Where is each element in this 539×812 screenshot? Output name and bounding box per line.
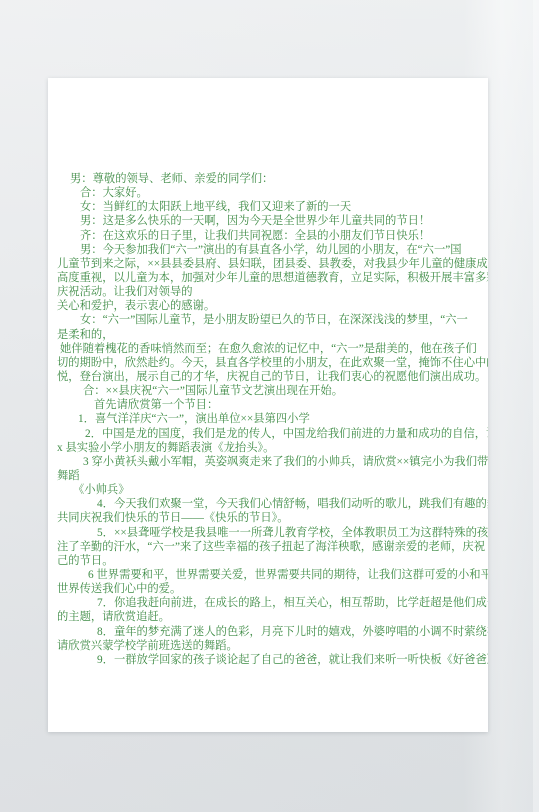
page-background: 男：尊敬的领导、老师、亲爱的同学们：合：大家好。女：当鲜红的太阳跃上地平线，我们…	[0, 0, 539, 812]
text-line: 7．你追我赶向前进，在成长的路上，相互关心，相互帮助，比学赶超是他们成长路	[57, 596, 488, 610]
text-line: 男：这是多么快乐的一天啊，因为今天是全世界少年儿童共同的节日！	[57, 214, 488, 228]
text-line: 的主题，请欣赏追赶。	[57, 610, 488, 624]
text-line: 2．中国是龙的国度，我们是龙的传人，中国龙给我们前进的力量和成功的自信，请欣	[57, 427, 488, 441]
text-line: 9．一群放学回家的孩子谈论起了自己的爸爸，就让我们来听一听快板《好爸爸》表	[57, 653, 488, 667]
text-line: 齐：在这欢乐的日子里，让我们共同祝愿：全县的小朋友们节日快乐！	[57, 229, 488, 243]
text-line: 女：“六一”国际儿童节，是小朋友盼望已久的节日，在深深浅浅的梦里，“六一	[57, 313, 488, 327]
text-line: 3 穿小黄袄头戴小军帽，英姿飒爽走来了我们的小帅兵，请欣赏××镇完小为我们带来	[57, 455, 488, 469]
text-line: 《小帅兵》	[57, 483, 488, 497]
text-line: 8．童年的梦充满了迷人的色彩，月亮下儿时的嬉戏，外婆哼唱的小调不时萦绕在耳	[57, 625, 488, 639]
text-line: 男：尊敬的领导、老师、亲爱的同学们：	[57, 172, 488, 186]
text-line: x 县实验小学小朋友的舞蹈表演《龙抬头》。	[57, 441, 488, 455]
text-line: 5．××县聋哑学校是我县唯一一所聋儿教育学校，全体教职员工为这群特殊的孩子	[57, 526, 488, 540]
text-line: 切的期盼中，欣然赴约。今天，县直各学校里的小朋友，在此欢聚一堂，掩饰不住心中的	[57, 356, 488, 370]
text-line: 共同庆祝我们快乐的节日——《快乐的节日》。	[57, 511, 488, 525]
text-line: 4．今天我们欢聚一堂，今天我们心情舒畅，唱我们动听的歌儿，跳我们有趣的舞蹈	[57, 497, 488, 511]
text-line: 女：当鲜红的太阳跃上地平线，我们又迎来了新的一天	[57, 200, 488, 214]
document-page: 男：尊敬的领导、老师、亲爱的同学们：合：大家好。女：当鲜红的太阳跃上地平线，我们…	[48, 78, 488, 732]
text-line: 请欣赏兴蒙学校学前班选送的舞蹈。	[57, 639, 488, 653]
right-edge-highlight	[533, 0, 539, 812]
document-body: 男：尊敬的领导、老师、亲爱的同学们：合：大家好。女：当鲜红的太阳跃上地平线，我们…	[57, 172, 488, 667]
text-line: 关心和爱护，表示衷心的感谢。	[57, 299, 488, 313]
text-line: 首先请欣赏第一个节目：	[57, 398, 488, 412]
text-line: 是柔和的，	[57, 328, 488, 342]
text-line: 悦，登台演出，展示自己的才华，庆祝自己的节日，让我们衷心的祝愿他们演出成功。	[57, 370, 488, 384]
text-line: 6 世界需要和平，世界需要关爱，世界需要共同的期待，让我们这群可爱的小和平鸽	[57, 568, 488, 582]
text-line: 世界传送我们心中的爱。	[57, 582, 488, 596]
text-line: 合：××县庆祝“六一”国际儿童节文艺演出现在开始。	[57, 384, 488, 398]
text-line: 己的节日。	[57, 554, 488, 568]
text-line: 舞蹈	[57, 469, 488, 483]
text-line: 合：大家好。	[57, 186, 488, 200]
text-line: 高度重视，以儿童为本，加强对少年儿童的思想道德教育，立足实际，积极开展丰富多彩	[57, 271, 488, 285]
text-line: 1．喜气洋洋庆“六一”，演出单位××县第四小学	[57, 412, 488, 426]
text-line: 庆祝活动。让我们对领导的	[57, 285, 488, 299]
text-line: 她伴随着槐花的香味悄然而至；在愈久愈浓的记忆中，“六一”是甜美的，他在孩子们	[57, 342, 488, 356]
text-line: 男：今天参加我们“六一”演出的有县直各小学，幼儿园的小朋友，在“六一”国	[57, 243, 488, 257]
text-line: 注了辛勤的汗水，“六一”来了这些幸福的孩子扭起了海洋秧歌，感谢亲爱的老师，庆祝	[57, 540, 488, 554]
text-line: 儿童节到来之际，××县县委县府、县妇联，团县委、县教委，对我县少年儿童的健康成	[57, 257, 488, 271]
